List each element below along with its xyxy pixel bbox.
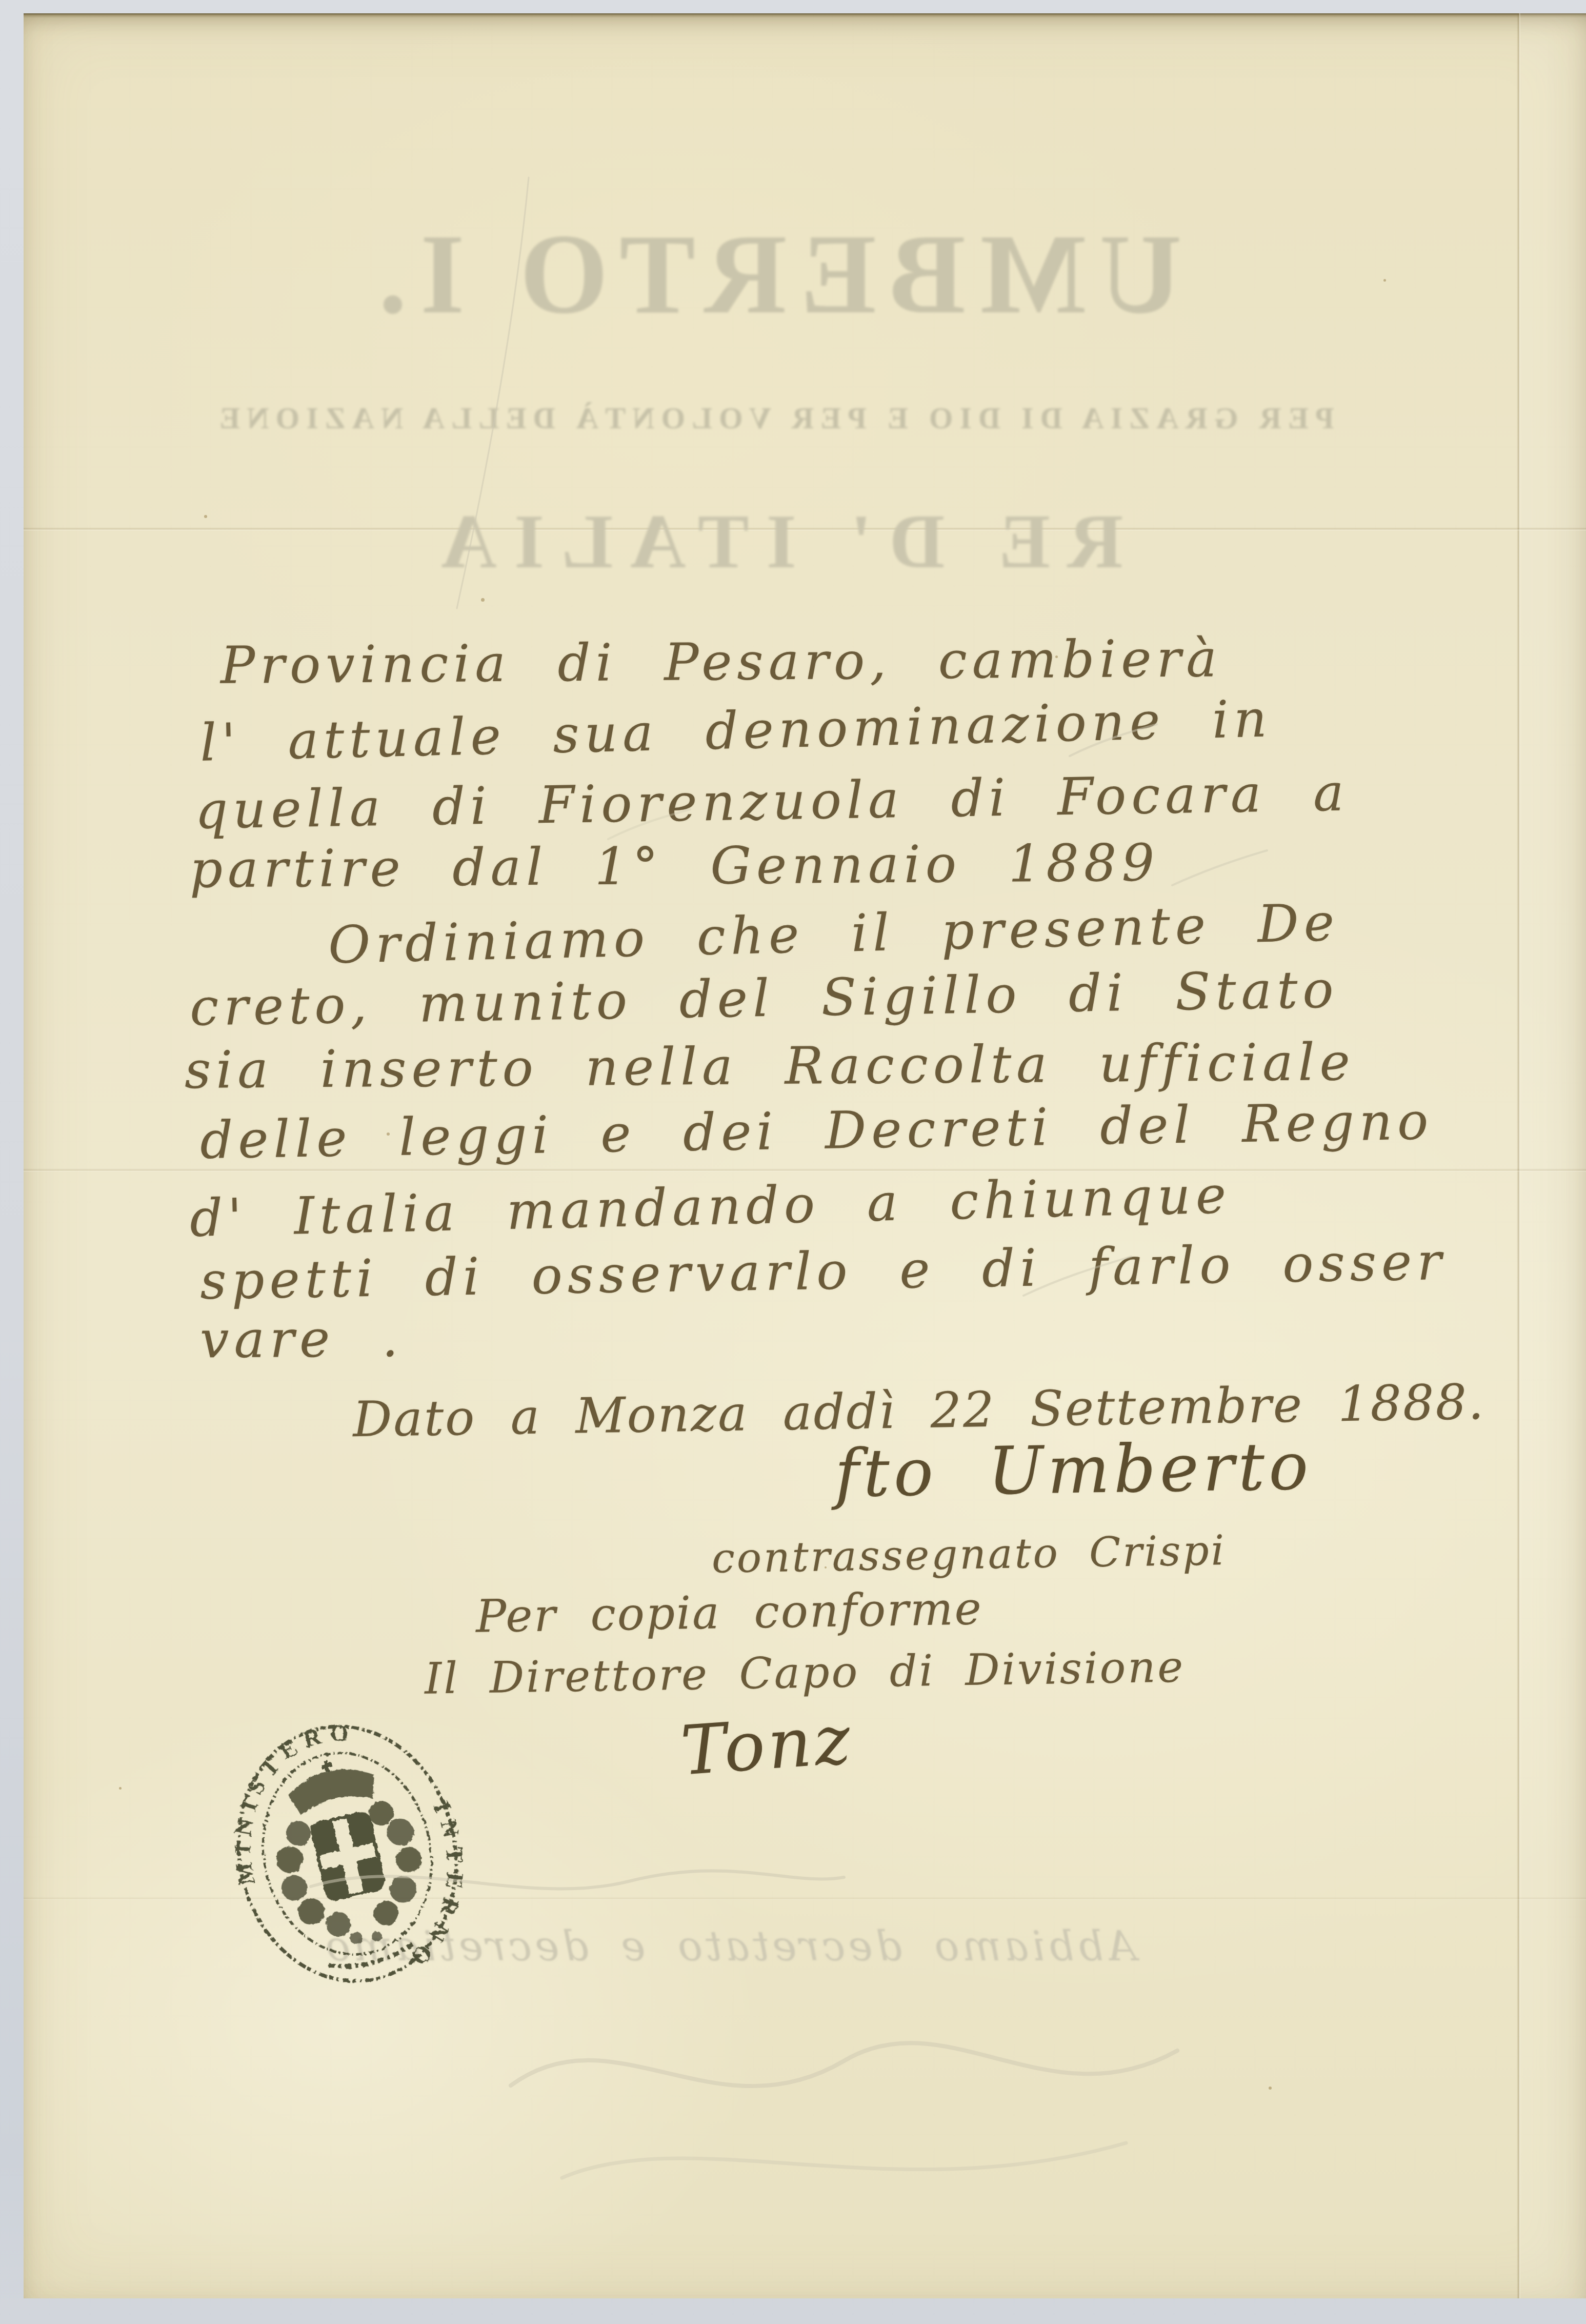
official-title: Il Direttore Capo di Divisione [424,1641,1185,1703]
foxing-spot [1055,656,1058,658]
seal-coat-of-arms [255,1744,442,1979]
handwritten-line-2: l' attuale sua denominazione in [199,688,1273,772]
foxing-spot [481,598,485,602]
foxing-spot [387,1133,390,1136]
ministry-interior-seal-stamp: MINISTERO INTERNO [199,1694,495,2016]
royal-signature: fto Umberto [834,1428,1313,1513]
showthrough-title: UMBERTO I. [24,214,1523,335]
seal-svg: MINISTERO INTERNO [199,1694,495,2016]
handwritten-line-7: sia inserto nella Raccolta ufficiale [185,1032,1355,1100]
foxing-spot [119,1787,122,1790]
showthrough-subtitle: PER GRAZIA DI DIO E PER VOLONTÀ DELLA NA… [24,401,1523,436]
official-signature: Tonz [678,1700,856,1791]
foxing-spot [204,515,207,518]
copy-certification: Per copia conforme [475,1582,983,1643]
document-paper-sheet: UMBERTO I. PER GRAZIA DI DIO E PER VOLON… [24,13,1586,2298]
handwritten-line-4: partire dal 1° Gennaio 1889 [190,832,1160,899]
handwritten-line-3: quella di Fiorenzuola di Focara a [194,762,1349,840]
countersignature: contrassegnato Crispi [711,1526,1226,1582]
handwritten-line-1: Provincia di Pesaro, cambierà [220,628,1222,696]
handwritten-line-11: vare . [200,1308,404,1370]
showthrough-handwritten-note: Abbiamo decretato e decretiamo [521,1922,1136,1970]
scan-background: UMBERTO I. PER GRAZIA DI DIO E PER VOLON… [0,0,1586,2324]
showthrough-printed-header: UMBERTO I. PER GRAZIA DI DIO E PER VOLON… [24,214,1523,586]
handwritten-line-8: delle leggi e dei Decreti del Regno [199,1091,1434,1170]
handwritten-line-9: d' Italia mandando a chiunque [189,1165,1232,1248]
foxing-spot [1269,2087,1272,2090]
folded-strip [1521,13,1586,2298]
foxing-spot [1383,279,1386,282]
paper-top-edge-shadow [24,13,1586,18]
showthrough-re-d-italia: RE D' ITALIA [24,498,1523,586]
foxing-spot [825,1566,827,1568]
